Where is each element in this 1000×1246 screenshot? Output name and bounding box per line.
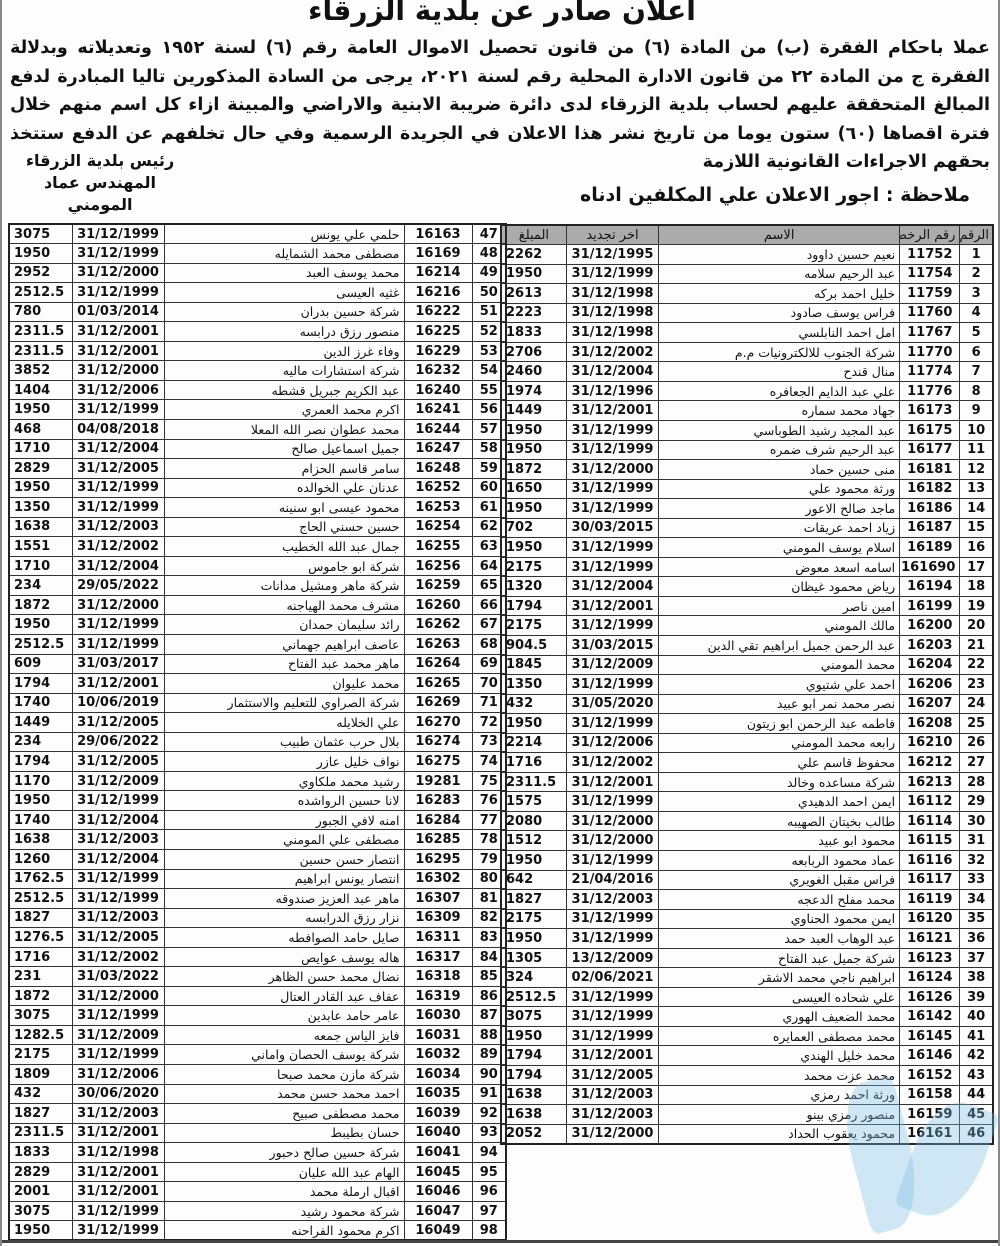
amount-due: 1950 — [501, 1026, 566, 1046]
license-number: 16173 — [900, 401, 960, 421]
taxpayer-name: مصطفى علي المومني — [164, 830, 404, 850]
taxpayer-name: هاله يوسف عوايص — [164, 947, 404, 967]
row-index: 86 — [472, 986, 506, 1006]
amount-due: 2952 — [9, 263, 72, 283]
table-row: 711774منال قندح31/12/20042460 — [501, 362, 993, 382]
amount-due: 1404 — [9, 380, 72, 400]
taxpayer-name: فايز الياس جمعه — [164, 1025, 404, 1045]
amount-due: 1833 — [501, 323, 566, 343]
row-index: 79 — [472, 850, 506, 870]
license-number: 16049 — [404, 1221, 472, 1241]
row-index: 41 — [960, 1026, 993, 1046]
table-row: 9816049اكرم محمود الفراحنه31/12/19991950 — [9, 1221, 506, 1241]
last-renewal-date: 31/12/2001 — [566, 596, 658, 616]
taxpayer-name: علي الخلايله — [164, 713, 404, 733]
taxpayer-name: عبد الوهاب العبد حمد — [659, 929, 900, 949]
row-index: 7 — [960, 362, 993, 382]
taxpayer-name: اكرم محمود الفراحنه — [164, 1221, 404, 1241]
amount-due: 468 — [9, 419, 72, 439]
table-row: 1516187زياد احمد عريقات30/03/2015702 — [501, 518, 993, 538]
taxpayer-name: محمد مفلح الدعجه — [659, 890, 900, 910]
taxpayer-name: محمد عزت محمد — [659, 1066, 900, 1086]
last-renewal-date: 31/12/1996 — [566, 381, 658, 401]
license-number: 16319 — [404, 986, 472, 1006]
amount-due: 1872 — [9, 986, 72, 1006]
license-number: 16307 — [404, 889, 472, 909]
table-row: 7216270علي الخلايله31/12/20051449 — [9, 713, 506, 733]
row-index: 58 — [472, 439, 506, 459]
table-row: 2716212محفوظ قاسم علي31/12/20021716 — [501, 753, 993, 773]
table-row: 8516318نضال محمد حسن الظاهر31/03/2022231 — [9, 967, 506, 987]
table-row: 7519281رشيد محمد ملكاوي31/12/20091170 — [9, 771, 506, 791]
row-index: 69 — [472, 654, 506, 674]
taxpayer-name: محمد عطوان نصر الله المعلا — [164, 419, 404, 439]
amount-due: 2223 — [501, 303, 566, 323]
table-row: 4216146محمد خليل الهندي31/12/20011794 — [501, 1046, 993, 1066]
table-row: 5816247جميل اسماعيل صالح31/12/20041710 — [9, 439, 506, 459]
amount-due: 1260 — [9, 850, 72, 870]
table-row: 2016200مالك المومني31/12/19992175 — [501, 616, 993, 636]
amount-due: 1872 — [9, 595, 72, 615]
taxpayer-name: غثيه العيسى — [164, 283, 404, 303]
amount-due: 1716 — [9, 947, 72, 967]
amount-due: 780 — [9, 302, 72, 322]
row-index: 52 — [472, 322, 506, 342]
taxpayer-name: نعيم حسين داوود — [659, 245, 900, 265]
amount-due: 1449 — [501, 401, 566, 421]
amount-due: 702 — [501, 518, 566, 538]
taxpayer-name: الهام عبد الله عليان — [164, 1162, 404, 1182]
row-index: 2 — [960, 264, 993, 284]
amount-due: 2829 — [9, 459, 72, 479]
license-number: 16152 — [900, 1066, 960, 1086]
license-number: 16206 — [900, 675, 960, 695]
last-renewal-date: 31/12/2006 — [72, 380, 164, 400]
taxpayer-name: منصور رمزي بينو — [659, 1105, 900, 1125]
taxpayer-name: خليل احمد بركه — [659, 284, 900, 304]
table-row: 311759خليل احمد بركه31/12/19982613 — [501, 284, 993, 304]
row-index: 93 — [472, 1123, 506, 1143]
last-renewal-date: 21/04/2016 — [566, 870, 658, 890]
license-number: 16159 — [900, 1105, 960, 1125]
row-index: 29 — [960, 792, 993, 812]
taxpayer-name: عبد الكريم جبريل قشطه — [164, 380, 404, 400]
table-row: 1116177عبد الرحيم شرف ضمره31/12/19991950 — [501, 440, 993, 460]
taxpayer-name: عبد الرحيم شرف ضمره — [659, 440, 900, 460]
last-renewal-date: 31/12/2004 — [72, 850, 164, 870]
row-index: 53 — [472, 341, 506, 361]
last-renewal-date: 31/12/1998 — [566, 303, 658, 323]
taxpayer-name: انتصار حسن حسين — [164, 850, 404, 870]
row-index: 60 — [472, 478, 506, 498]
last-renewal-date: 31/12/2000 — [566, 811, 658, 831]
row-index: 19 — [960, 596, 993, 616]
last-renewal-date: 31/12/2006 — [566, 733, 658, 753]
announcement-page: اعلان صادر عن بلدية الزرقاء عملا باحكام … — [0, 0, 1000, 1246]
row-index: 94 — [472, 1143, 506, 1163]
taxpayer-name: شركة استشارات ماليه — [164, 361, 404, 381]
license-number: 16253 — [404, 498, 472, 518]
row-index: 42 — [960, 1046, 993, 1066]
amount-due: 2175 — [501, 909, 566, 929]
table-row: 3216116عماد محمود الربابعه31/12/19991950 — [501, 851, 993, 871]
taxpayer-name: امين ناصر — [659, 596, 900, 616]
taxpayer-name: رياض محمود غيظان — [659, 577, 900, 597]
row-index: 47 — [472, 224, 506, 244]
license-number: 16203 — [900, 635, 960, 655]
last-renewal-date: 31/12/1995 — [566, 245, 658, 265]
amount-due: 1276.5 — [9, 928, 72, 948]
table-row: 6816263عاصف ابراهيم جهماني31/12/19992512… — [9, 634, 506, 654]
taxpayer-name: منال قندح — [659, 362, 900, 382]
license-number: 16047 — [404, 1201, 472, 1221]
table-row: 811776علي عبد الدايم الجعافره31/12/19961… — [501, 381, 993, 401]
last-renewal-date: 31/12/1999 — [72, 478, 164, 498]
last-renewal-date: 31/12/2003 — [72, 908, 164, 928]
row-index: 92 — [472, 1104, 506, 1124]
license-number: 16207 — [900, 694, 960, 714]
last-renewal-date: 31/05/2020 — [566, 694, 658, 714]
amount-due: 432 — [501, 694, 566, 714]
last-renewal-date: 31/12/2000 — [72, 361, 164, 381]
amount-due: 1950 — [9, 244, 72, 264]
row-index: 75 — [472, 771, 506, 791]
table-row: 2116203عبد الرحمن جميل ابراهيم تقي الدين… — [501, 635, 993, 655]
row-index: 38 — [960, 968, 993, 988]
table-row: 5116222شركة حسين بدران01/03/2014780 — [9, 302, 506, 322]
amount-due: 1794 — [501, 1066, 566, 1086]
last-renewal-date: 04/08/2018 — [72, 419, 164, 439]
last-renewal-date: 30/06/2020 — [72, 1084, 164, 1104]
last-renewal-date: 31/12/2003 — [72, 517, 164, 537]
taxpayer-name: نواف خليل عازر — [164, 752, 404, 772]
amount-due: 2175 — [9, 1045, 72, 1065]
amount-due: 1638 — [501, 1105, 566, 1125]
license-number: 16163 — [404, 224, 472, 244]
license-number: 11754 — [900, 264, 960, 284]
row-index: 98 — [472, 1221, 506, 1241]
amount-due: 1794 — [9, 674, 72, 694]
amount-due: 1170 — [9, 771, 72, 791]
amount-due: 1650 — [501, 479, 566, 499]
debtors-table-left: 4716163حلمي علي يونس31/12/19993075481616… — [8, 223, 507, 1241]
table-row: 1816194رياض محمود غيظان31/12/20041320 — [501, 577, 993, 597]
license-number: 16112 — [900, 792, 960, 812]
amount-due: 1350 — [9, 498, 72, 518]
last-renewal-date: 31/12/2009 — [566, 655, 658, 675]
signature-name: المهندس عماد المومني — [20, 172, 180, 216]
taxpayer-name: مصطفى محمد الشمايله — [164, 244, 404, 264]
row-index: 36 — [960, 929, 993, 949]
license-number: 16114 — [900, 811, 960, 831]
license-number: 16210 — [900, 733, 960, 753]
last-renewal-date: 31/12/1999 — [72, 889, 164, 909]
license-number: 11767 — [900, 323, 960, 343]
license-number: 16216 — [404, 283, 472, 303]
amount-due: 1350 — [501, 675, 566, 695]
last-renewal-date: 31/12/1999 — [566, 264, 658, 284]
last-renewal-date: 31/12/2001 — [566, 772, 658, 792]
license-number: 16311 — [404, 928, 472, 948]
amount-due: 234 — [9, 576, 72, 596]
row-index: 30 — [960, 811, 993, 831]
table-row: 7716284امنه لافي الجبور31/12/20041740 — [9, 810, 506, 830]
taxpayer-name: محمد يوسف العبد — [164, 263, 404, 283]
row-index: 66 — [472, 595, 506, 615]
amount-due: 1638 — [501, 1085, 566, 1105]
taxpayer-name: شركة محمود رشيد — [164, 1201, 404, 1221]
license-number: 16265 — [404, 674, 472, 694]
taxpayer-name: منصور رزق درابسه — [164, 322, 404, 342]
row-index: 23 — [960, 675, 993, 695]
license-number: 16241 — [404, 400, 472, 420]
table-row: 8016302انتصار يونس ابراهيم31/12/19991762… — [9, 869, 506, 889]
last-renewal-date: 31/12/1998 — [566, 323, 658, 343]
license-number: 11752 — [900, 245, 960, 265]
license-number: 16213 — [900, 772, 960, 792]
license-number: 11776 — [900, 381, 960, 401]
table-body-right: 111752نعيم حسين داوود31/12/1995226221175… — [501, 245, 993, 1144]
amount-due: 1512 — [501, 831, 566, 851]
table-row: 6216254حسين حسني الحاج31/12/20031638 — [9, 517, 506, 537]
row-index: 34 — [960, 890, 993, 910]
license-number: 16117 — [900, 870, 960, 890]
last-renewal-date: 31/12/2000 — [566, 831, 658, 851]
row-index: 61 — [472, 498, 506, 518]
table-row: 5316229وفاء غرز الدين31/12/20012311.5 — [9, 341, 506, 361]
taxpayer-name: اسلام يوسف المومني — [659, 538, 900, 558]
last-renewal-date: 30/03/2015 — [566, 518, 658, 538]
license-number: 16254 — [404, 517, 472, 537]
amount-due: 1950 — [501, 851, 566, 871]
taxpayer-name: شركة ماهر ومشيل مدانات — [164, 576, 404, 596]
license-number: 16317 — [404, 947, 472, 967]
taxpayer-name: عدنان علي الخوالده — [164, 478, 404, 498]
row-index: 83 — [472, 928, 506, 948]
amount-due: 1950 — [9, 791, 72, 811]
last-renewal-date: 31/12/2002 — [566, 342, 658, 362]
table-row: 4516159منصور رمزي بينو31/12/20031638 — [501, 1105, 993, 1125]
license-number: 16040 — [404, 1123, 472, 1143]
table-row: 5616241اكرم محمد العمري31/12/19991950 — [9, 400, 506, 420]
license-number: 16169 — [404, 244, 472, 264]
license-number: 161690 — [900, 557, 960, 577]
amount-due: 3075 — [9, 1201, 72, 1221]
taxpayer-name: عامر حامد عابدين — [164, 1006, 404, 1026]
license-number: 16295 — [404, 850, 472, 870]
amount-due: 2512.5 — [9, 889, 72, 909]
taxpayer-name: شركة الصراوي للتعليم والاستثمار — [164, 693, 404, 713]
last-renewal-date: 31/12/2002 — [566, 753, 658, 773]
license-number: 16177 — [900, 440, 960, 460]
taxpayer-name: حسين حسني الحاج — [164, 517, 404, 537]
last-renewal-date: 31/12/1999 — [72, 634, 164, 654]
taxpayer-name: عاصف ابراهيم جهماني — [164, 634, 404, 654]
table-row: 3816124ابراهيم ناجي محمد الاشقر02/06/202… — [501, 968, 993, 988]
taxpayer-name: فاطمه عبد الرحمن ابو زيتون — [659, 714, 900, 734]
license-number: 16186 — [900, 499, 960, 519]
last-renewal-date: 31/12/2009 — [72, 771, 164, 791]
table-row: 3416119محمد مفلح الدعجه31/12/20031827 — [501, 890, 993, 910]
taxpayer-name: محمد الضعيف الهوري — [659, 1007, 900, 1027]
taxpayer-name: عماد محمود الربابعه — [659, 851, 900, 871]
row-index: 3 — [960, 284, 993, 304]
table-row: 1216181منى حسين حماد31/12/20001872 — [501, 460, 993, 480]
table-header-row: الرقم رقم الرخصة الاسم اخر تجديد المبلغ — [501, 225, 993, 245]
last-renewal-date: 31/12/1999 — [566, 440, 658, 460]
license-number: 16232 — [404, 361, 472, 381]
last-renewal-date: 31/12/1999 — [72, 869, 164, 889]
taxpayer-name: ابراهيم ناجي محمد الاشقر — [659, 968, 900, 988]
last-renewal-date: 31/12/2004 — [566, 362, 658, 382]
last-renewal-date: 31/03/2022 — [72, 967, 164, 987]
table-row: 5516240عبد الكريم جبريل قشطه31/12/200614… — [9, 380, 506, 400]
row-index: 48 — [472, 244, 506, 264]
row-index: 6 — [960, 342, 993, 362]
last-renewal-date: 31/12/1999 — [566, 909, 658, 929]
row-index: 49 — [472, 263, 506, 283]
license-number: 16115 — [900, 831, 960, 851]
license-number: 16194 — [900, 577, 960, 597]
last-renewal-date: 31/12/1999 — [72, 1201, 164, 1221]
taxpayer-name: شركة مساعده وخالد — [659, 772, 900, 792]
amount-due: 1638 — [9, 517, 72, 537]
license-number: 16256 — [404, 556, 472, 576]
last-renewal-date: 31/12/2005 — [72, 752, 164, 772]
taxpayer-name: امنه لافي الجبور — [164, 810, 404, 830]
last-renewal-date: 31/12/2000 — [72, 263, 164, 283]
table-row: 7016265محمد عليوان31/12/20011794 — [9, 674, 506, 694]
license-number: 16030 — [404, 1006, 472, 1026]
amount-due: 2512.5 — [501, 987, 566, 1007]
last-renewal-date: 31/12/1999 — [566, 987, 658, 1007]
table-row: 511767امل احمد النابلسي31/12/19981833 — [501, 323, 993, 343]
amount-due: 1794 — [9, 752, 72, 772]
col-header-name: الاسم — [659, 225, 900, 245]
license-number: 16124 — [900, 968, 960, 988]
license-number: 16182 — [900, 479, 960, 499]
table-row: 3916126علي شحاده العيسى31/12/19992512.5 — [501, 987, 993, 1007]
license-number: 11770 — [900, 342, 960, 362]
last-renewal-date: 31/12/1999 — [566, 1007, 658, 1027]
col-header-last-renewal: اخر تجديد — [566, 225, 658, 245]
table-row: 4716163حلمي علي يونس31/12/19993075 — [9, 224, 506, 244]
row-index: 40 — [960, 1007, 993, 1027]
taxpayer-name: بلال حرب عثمان طبيب — [164, 732, 404, 752]
license-number: 16302 — [404, 869, 472, 889]
license-number: 16146 — [900, 1046, 960, 1066]
taxpayer-name: نصر محمد نمر ابو عبيد — [659, 694, 900, 714]
taxpayer-name: علي شحاده العيسى — [659, 987, 900, 1007]
last-renewal-date: 31/12/1999 — [72, 283, 164, 303]
row-index: 20 — [960, 616, 993, 636]
row-index: 14 — [960, 499, 993, 519]
license-number: 16204 — [900, 655, 960, 675]
row-index: 76 — [472, 791, 506, 811]
row-index: 12 — [960, 460, 993, 480]
taxpayer-name: محمد خليل الهندي — [659, 1046, 900, 1066]
row-index: 26 — [960, 733, 993, 753]
license-number: 16262 — [404, 615, 472, 635]
debtors-table-right: الرقم رقم الرخصة الاسم اخر تجديد المبلغ … — [500, 224, 994, 1145]
amount-due: 1827 — [9, 1104, 72, 1124]
table-row: 9516045الهام عبد الله عليان31/12/2001282… — [9, 1162, 506, 1182]
table-row: 8116307ماهر عبد العزيز صندوقه31/12/19992… — [9, 889, 506, 909]
amount-due: 1305 — [501, 948, 566, 968]
taxpayer-name: محمود ابو عبيد — [659, 831, 900, 851]
table-row: 111752نعيم حسين داوود31/12/19952262 — [501, 245, 993, 265]
amount-due: 2001 — [9, 1182, 72, 1202]
license-number: 16255 — [404, 537, 472, 557]
last-renewal-date: 31/12/1999 — [566, 420, 658, 440]
taxpayer-name: شركة مازن محمد صبحا — [164, 1065, 404, 1085]
amount-due: 1716 — [501, 753, 566, 773]
row-index: 67 — [472, 615, 506, 635]
taxpayer-name: احمد علي شتيوي — [659, 675, 900, 695]
taxpayer-name: ورثة محمود علي — [659, 479, 900, 499]
license-number: 11759 — [900, 284, 960, 304]
license-number: 16121 — [900, 929, 960, 949]
last-renewal-date: 31/12/2001 — [72, 674, 164, 694]
taxpayer-name: شركة يوسف الحصان واماني — [164, 1045, 404, 1065]
row-index: 39 — [960, 987, 993, 1007]
row-index: 27 — [960, 753, 993, 773]
amount-due: 1950 — [9, 1221, 72, 1241]
last-renewal-date: 31/12/1999 — [566, 792, 658, 812]
table-row: 6616260مشرف محمد الهياجنه31/12/20001872 — [9, 595, 506, 615]
col-header-index: الرقم — [960, 225, 993, 245]
license-number: 16045 — [404, 1162, 472, 1182]
amount-due: 1827 — [501, 890, 566, 910]
amount-due: 2460 — [501, 362, 566, 382]
table-row: 6516259شركة ماهر ومشيل مدانات29/05/20222… — [9, 576, 506, 596]
amount-due: 2080 — [501, 811, 566, 831]
row-index: 84 — [472, 947, 506, 967]
announcement-title: اعلان صادر عن بلدية الزرقاء — [2, 0, 1000, 27]
taxpayer-name: جمال عبد الله الخطيب — [164, 537, 404, 557]
last-renewal-date: 31/12/1999 — [72, 791, 164, 811]
license-number: 19281 — [404, 771, 472, 791]
amount-due: 1950 — [9, 478, 72, 498]
license-number: 16032 — [404, 1045, 472, 1065]
table-row: 2416207نصر محمد نمر ابو عبيد31/05/202043… — [501, 694, 993, 714]
row-index: 55 — [472, 380, 506, 400]
last-renewal-date: 31/12/1999 — [566, 1026, 658, 1046]
last-renewal-date: 31/12/2004 — [72, 439, 164, 459]
license-number: 16229 — [404, 341, 472, 361]
last-renewal-date: 31/12/1998 — [72, 1143, 164, 1163]
table-row: 7316274بلال حرب عثمان طبيب29/06/2022234 — [9, 732, 506, 752]
taxpayer-name: نزار رزق الدرابسه — [164, 908, 404, 928]
amount-due: 1950 — [501, 440, 566, 460]
table-row: 9116035احمد محمد حسن محمد30/06/2020432 — [9, 1084, 506, 1104]
amount-due: 1638 — [9, 830, 72, 850]
amount-due: 2175 — [501, 616, 566, 636]
last-renewal-date: 31/03/2015 — [566, 635, 658, 655]
license-number: 16200 — [900, 616, 960, 636]
table-row: 4616161محمود يعقوب الحداد31/12/20002052 — [501, 1124, 993, 1144]
row-index: 10 — [960, 420, 993, 440]
table-row: 2216204محمد المومني31/12/20091845 — [501, 655, 993, 675]
last-renewal-date: 31/12/2005 — [72, 713, 164, 733]
taxpayer-name: رشيد محمد ملكاوي — [164, 771, 404, 791]
row-index: 18 — [960, 577, 993, 597]
amount-due: 1833 — [9, 1143, 72, 1163]
row-index: 28 — [960, 772, 993, 792]
amount-due: 3075 — [501, 1007, 566, 1027]
table-row: 8816031فايز الياس جمعه31/12/20091282.5 — [9, 1025, 506, 1045]
amount-due: 2262 — [501, 245, 566, 265]
